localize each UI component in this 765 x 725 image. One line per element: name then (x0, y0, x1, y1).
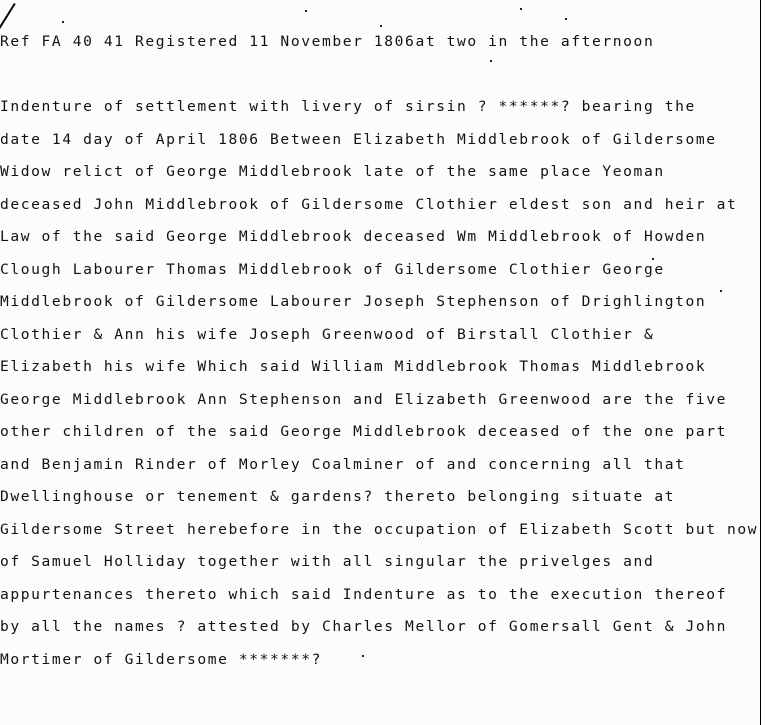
scan-speck (62, 21, 64, 23)
document-text-line: Gildersome Street herebefore in the occu… (0, 521, 758, 539)
page-edge-border (760, 0, 761, 725)
scan-speck (490, 60, 492, 62)
scan-speck (520, 8, 522, 10)
document-text-line: Clough Labourer Thomas Middlebrook of Gi… (0, 261, 665, 279)
document-text-line: appurtenances thereto which said Indentu… (0, 586, 727, 604)
document-text-line: Elizabeth his wife Which said William Mi… (0, 358, 706, 376)
document-text-line: Law of the said George Middlebrook decea… (0, 228, 706, 246)
pen-stroke-mark (0, 3, 16, 35)
document-text-line: Mortimer of Gildersome *******? (0, 651, 322, 669)
document-text-line: Dwellinghouse or tenement & gardens? the… (0, 488, 675, 506)
scan-speck (720, 290, 722, 292)
document-text-line: of Samuel Holliday together with all sin… (0, 553, 654, 571)
registration-header: Ref FA 40 41 Registered 11 November 1806… (0, 33, 654, 51)
document-text-line: Indenture of settlement with livery of s… (0, 98, 696, 116)
scanned-document-page: Ref FA 40 41 Registered 11 November 1806… (0, 0, 761, 725)
document-text-line: date 14 day of April 1806 Between Elizab… (0, 131, 717, 149)
document-text-line: by all the names ? attested by Charles M… (0, 618, 727, 636)
document-text-line: George Middlebrook Ann Stephenson and El… (0, 391, 727, 409)
document-text-line: Middlebrook of Gildersome Labourer Josep… (0, 293, 706, 311)
scan-speck (362, 655, 364, 657)
document-text-line: and Benjamin Rinder of Morley Coalminer … (0, 456, 686, 474)
document-text-line: Clothier & Ann his wife Joseph Greenwood… (0, 326, 654, 344)
document-text-line: other children of the said George Middle… (0, 423, 727, 441)
scan-speck (565, 18, 567, 20)
document-text-line: deceased John Middlebrook of Gildersome … (0, 196, 737, 214)
scan-speck (380, 25, 382, 27)
scan-speck (305, 10, 307, 12)
document-text-line: Widow relict of George Middlebrook late … (0, 163, 665, 181)
